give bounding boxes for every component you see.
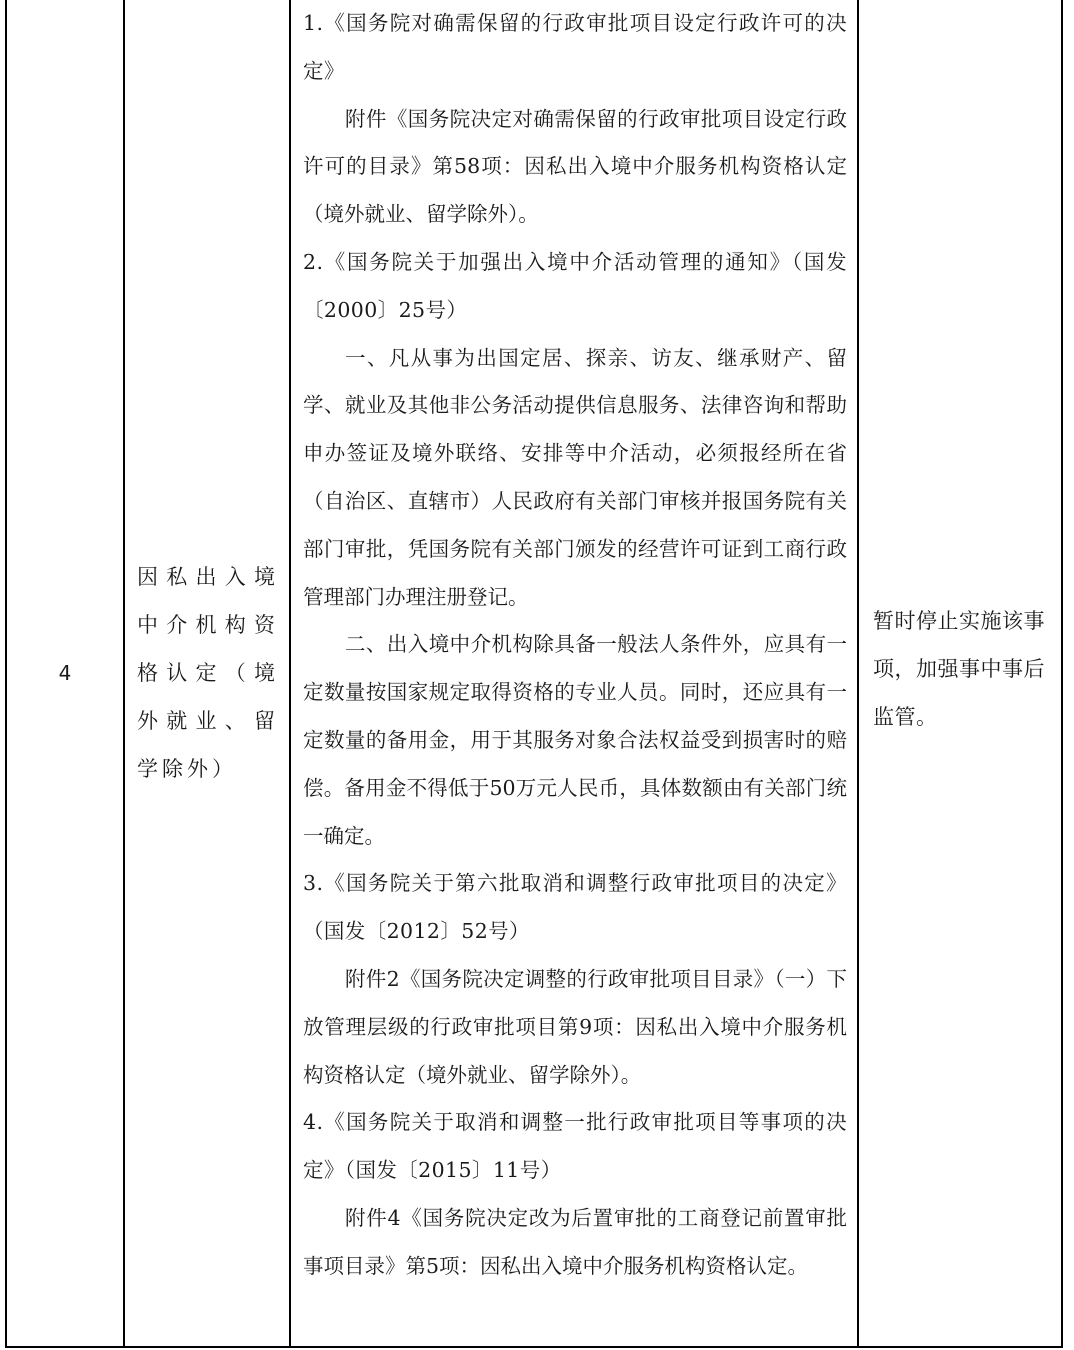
legal-basis: 1.《国务院对确需保留的行政审批项目设定行政许可的决定》 附件《国务院决定对确需… xyxy=(291,0,857,1291)
row-index: 4 xyxy=(59,661,72,685)
basis-paragraph-9: 附件4《国务院决定改为后置审批的工商登记前置审批事项目录》第5项：因私出入境中介… xyxy=(303,1195,847,1291)
row-index-cell: 4 xyxy=(6,0,124,1347)
basis-paragraph-2: 附件《国务院决定对确需保留的行政审批项目设定行政许可的目录》第58项：因私出入境… xyxy=(303,96,847,239)
table-row: 4 因私出入境中介机构资格认定（境外就业、留学除外） 1.《国务院对确需保留的行… xyxy=(6,0,1062,1347)
item-name: 因私出入境中介机构资格认定（境外就业、留学除外） xyxy=(125,553,289,793)
item-name-cell: 因私出入境中介机构资格认定（境外就业、留学除外） xyxy=(124,0,290,1347)
action-cell: 暂时停止实施该事项，加强事中事后监管。 xyxy=(858,0,1062,1347)
basis-paragraph-4: 一、凡从事为出国定居、探亲、访友、继承财产、留学、就业及其他非公务活动提供信息服… xyxy=(303,335,847,622)
policy-table: 4 因私出入境中介机构资格认定（境外就业、留学除外） 1.《国务院对确需保留的行… xyxy=(5,0,1063,1348)
legal-basis-cell: 1.《国务院对确需保留的行政审批项目设定行政许可的决定》 附件《国务院决定对确需… xyxy=(290,0,858,1347)
basis-paragraph-8: 4.《国务院关于取消和调整一批行政审批项目等事项的决定》（国发〔2015〕11号… xyxy=(303,1099,847,1195)
basis-paragraph-3: 2.《国务院关于加强出入境中介活动管理的通知》（国发〔2000〕25号） xyxy=(303,239,847,335)
action-text: 暂时停止实施该事项，加强事中事后监管。 xyxy=(859,597,1061,741)
basis-paragraph-1: 1.《国务院对确需保留的行政审批项目设定行政许可的决定》 xyxy=(303,0,847,96)
basis-paragraph-6: 3.《国务院关于第六批取消和调整行政审批项目的决定》（国发〔2012〕52号） xyxy=(303,860,847,956)
basis-paragraph-7: 附件2《国务院决定调整的行政审批项目目录》（一）下放管理层级的行政审批项目第9项… xyxy=(303,956,847,1099)
basis-paragraph-5: 二、出入境中介机构除具备一般法人条件外，应具有一定数量按国家规定取得资格的专业人… xyxy=(303,621,847,860)
